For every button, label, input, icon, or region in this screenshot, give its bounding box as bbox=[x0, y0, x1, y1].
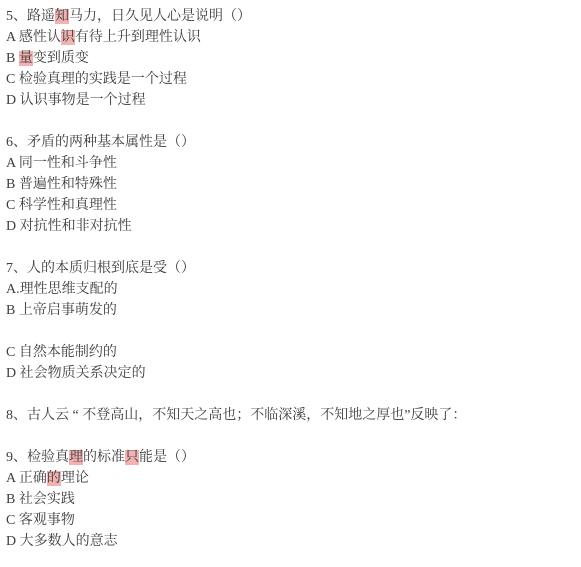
question-7-option-a: A.理性思维支配的 bbox=[6, 279, 575, 300]
question-7-option-c: C 自然本能制约的 bbox=[6, 342, 575, 363]
text-segment: 马力，日久见人心是说明（） bbox=[69, 9, 251, 24]
question-7-title: 7、人的本质归根到底是受（） bbox=[6, 258, 575, 279]
text-segment: 9、检验真 bbox=[6, 450, 69, 465]
highlighted-char: 理 bbox=[69, 450, 83, 465]
text-segment: D 认识事物是一个过程 bbox=[6, 93, 146, 108]
text-segment: B bbox=[6, 51, 19, 66]
text-segment: C 客观事物 bbox=[6, 513, 75, 528]
question-6-option-a: A 同一性和斗争性 bbox=[6, 153, 575, 174]
text-segment: B 社会实践 bbox=[6, 492, 75, 507]
text-segment: A 感性认 bbox=[6, 30, 61, 45]
text-segment: B 上帝启事萌发的 bbox=[6, 303, 117, 318]
question-9-option-c: C 客观事物 bbox=[6, 510, 575, 531]
question-block: 5、路遥知马力，日久见人心是说明（）A 感性认识有待上升到理性认识B 量变到质变… bbox=[6, 6, 575, 111]
text-segment: A 同一性和斗争性 bbox=[6, 156, 117, 171]
question-block: 7、人的本质归根到底是受（）A.理性思维支配的B 上帝启事萌发的C 自然本能制约… bbox=[6, 258, 575, 384]
text-segment: D 大多数人的意志 bbox=[6, 534, 118, 549]
question-8-title: 8、古人云 “ 不登高山，不知天之高也；不临深溪，不知地之厚也”反映了： bbox=[6, 405, 575, 426]
text-segment: C 检验真理的实践是一个过程 bbox=[6, 72, 187, 87]
question-9-option-a: A 正确的理论 bbox=[6, 468, 575, 489]
text-segment: A 正确 bbox=[6, 471, 47, 486]
text-segment: 5、路遥 bbox=[6, 9, 55, 24]
text-segment: 6、矛盾的两种基本属性是（） bbox=[6, 135, 195, 150]
question-block: 8、古人云 “ 不登高山，不知天之高也；不临深溪，不知地之厚也”反映了： bbox=[6, 405, 575, 426]
text-segment: A.理性思维支配的 bbox=[6, 282, 118, 297]
question-9-option-b: B 社会实践 bbox=[6, 489, 575, 510]
text-segment: 变到质变 bbox=[33, 51, 89, 66]
document-page: 5、路遥知马力，日久见人心是说明（）A 感性认识有待上升到理性认识B 量变到质变… bbox=[0, 0, 581, 567]
question-7-option-b: B 上帝启事萌发的 bbox=[6, 300, 575, 321]
text-segment: 有待上升到理性认识 bbox=[75, 30, 201, 45]
question-6-option-b: B 普遍性和特殊性 bbox=[6, 174, 575, 195]
question-6-option-c: C 科学性和真理性 bbox=[6, 195, 575, 216]
question-6-title: 6、矛盾的两种基本属性是（） bbox=[6, 132, 575, 153]
text-segment: C 自然本能制约的 bbox=[6, 345, 117, 360]
text-segment: D 社会物质关系决定的 bbox=[6, 366, 146, 381]
question-5-option-c: C 检验真理的实践是一个过程 bbox=[6, 69, 575, 90]
question-9-option-d: D 大多数人的意志 bbox=[6, 531, 575, 552]
question-5-title: 5、路遥知马力，日久见人心是说明（） bbox=[6, 6, 575, 27]
question-5-option-a: A 感性认识有待上升到理性认识 bbox=[6, 27, 575, 48]
highlighted-char: 只 bbox=[125, 450, 139, 465]
question-list: 5、路遥知马力，日久见人心是说明（）A 感性认识有待上升到理性认识B 量变到质变… bbox=[6, 6, 575, 552]
text-segment: C 科学性和真理性 bbox=[6, 198, 117, 213]
highlighted-char: 的 bbox=[47, 471, 61, 486]
spacer bbox=[6, 321, 575, 342]
question-7-option-d: D 社会物质关系决定的 bbox=[6, 363, 575, 384]
question-9-title: 9、检验真理的标准只能是（） bbox=[6, 447, 575, 468]
highlighted-char: 识 bbox=[61, 30, 75, 45]
question-6-option-d: D 对抗性和非对抗性 bbox=[6, 216, 575, 237]
highlighted-char: 量 bbox=[19, 51, 33, 66]
question-block: 9、检验真理的标准只能是（）A 正确的理论B 社会实践C 客观事物D 大多数人的… bbox=[6, 447, 575, 552]
text-segment: 8、古人云 “ 不登高山，不知天之高也；不临深溪，不知地之厚也”反映了： bbox=[6, 408, 466, 423]
question-5-option-d: D 认识事物是一个过程 bbox=[6, 90, 575, 111]
question-5-option-b: B 量变到质变 bbox=[6, 48, 575, 69]
text-segment: 7、人的本质归根到底是受（） bbox=[6, 261, 195, 276]
question-block: 6、矛盾的两种基本属性是（）A 同一性和斗争性B 普遍性和特殊性C 科学性和真理… bbox=[6, 132, 575, 237]
text-segment: 理论 bbox=[61, 471, 89, 486]
text-segment: 能是（） bbox=[139, 450, 195, 465]
text-segment: 的标准 bbox=[83, 450, 125, 465]
highlighted-char: 知 bbox=[55, 9, 69, 24]
text-segment: B 普遍性和特殊性 bbox=[6, 177, 117, 192]
text-segment: D 对抗性和非对抗性 bbox=[6, 219, 132, 234]
